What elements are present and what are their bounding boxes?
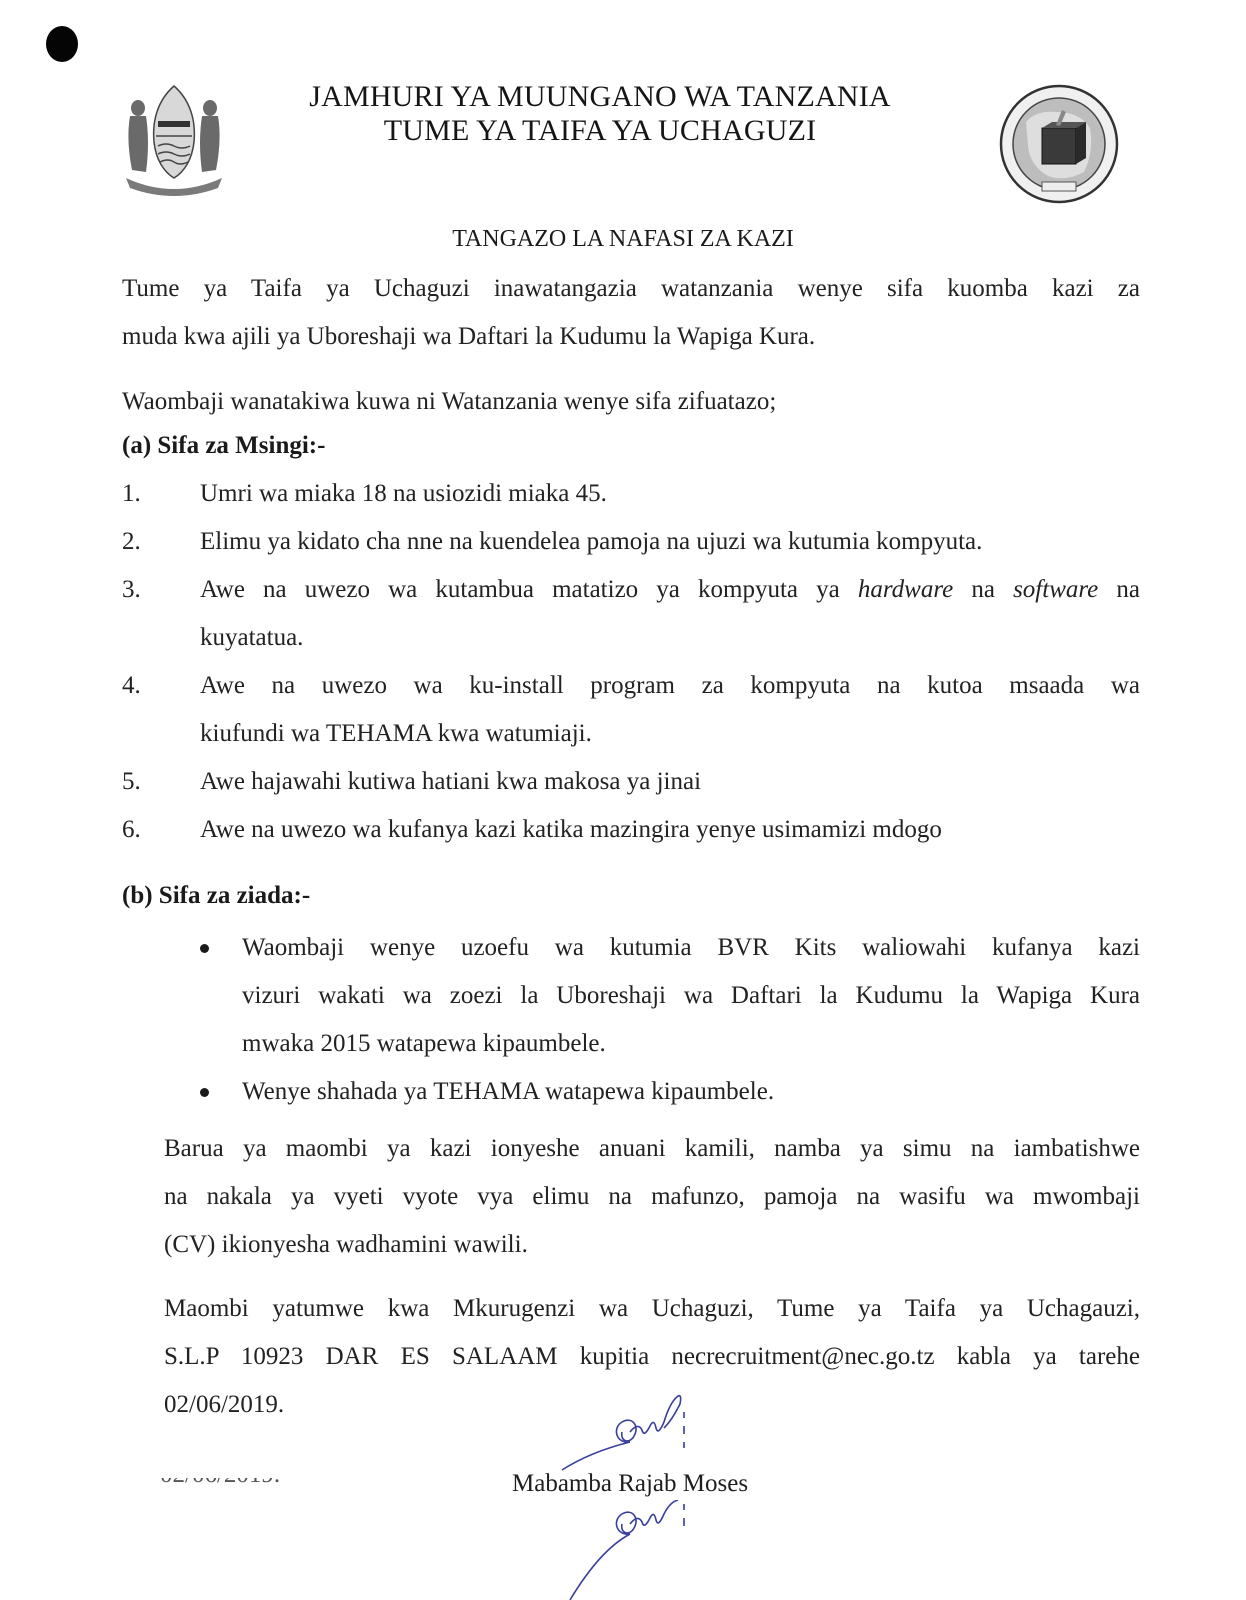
paragraph-line: na nakala ya vyeti vyote vya elimu na ma…: [164, 1173, 1140, 1221]
ghost-date-artifact: 02/06/2019.: [160, 1478, 280, 1494]
list-item: 4. Awe na uwezo wa ku-install program za…: [122, 662, 1140, 758]
tanzania-coat-of-arms-icon: [118, 80, 230, 196]
list-item-number: 6.: [122, 806, 162, 854]
list-item-text: kuyatatua.: [200, 614, 1140, 662]
paragraph-line: Barua ya maombi ya kazi ionyeshe anuani …: [164, 1125, 1140, 1173]
requirements-intro: Waombaji wanatakiwa kuwa ni Watanzania w…: [122, 378, 1140, 426]
list-item: 6. Awe na uwezo wa kufanya kazi katika m…: [122, 806, 1140, 854]
list-item-text: Awe na uwezo wa kutambua matatizo ya kom…: [200, 566, 1140, 614]
list-item: 3. Awe na uwezo wa kutambua matatizo ya …: [122, 566, 1140, 662]
list-item-number: 5.: [122, 758, 162, 806]
paragraph-line: Maombi yatumwe kwa Mkurugenzi wa Uchaguz…: [164, 1285, 1140, 1333]
intro-paragraph: Tume ya Taifa ya Uchaguzi inawatangazia …: [122, 265, 1140, 361]
signature-icon: [560, 1392, 700, 1472]
list-item-text: kiufundi wa TEHAMA kwa watumiaji.: [200, 710, 1140, 758]
paragraph-line: S.L.P 10923 DAR ES SALAAM kupitia necrec…: [164, 1333, 1140, 1381]
bullet-icon: [200, 1088, 209, 1097]
header-commission-name: TUME YA TAIFA YA UCHAGUZI: [240, 114, 960, 148]
document-title: TANGAZO LA NAFASI ZA KAZI: [0, 226, 1246, 253]
punch-hole-mark: [46, 26, 78, 62]
header-country-name: JAMHURI YA MUUNGANO WA TANZANIA: [240, 80, 960, 114]
list-item-number: 1.: [122, 470, 162, 518]
signature-icon: [560, 1500, 700, 1600]
list-item-number: 4.: [122, 662, 162, 710]
list-item: 1. Umri wa miaka 18 na usiozidi miaka 45…: [122, 470, 1140, 518]
list-item: 5. Awe hajawahi kutiwa hatiani kwa makos…: [122, 758, 1140, 806]
bullet-item: Wenye shahada ya TEHAMA watapewa kipaumb…: [200, 1068, 1140, 1116]
intro-line-1: Tume ya Taifa ya Uchaguzi inawatangazia …: [122, 265, 1140, 313]
list-item-text: Umri wa miaka 18 na usiozidi miaka 45.: [200, 470, 1140, 518]
signatory-name: Mabamba Rajab Moses: [512, 1470, 748, 1498]
list-item: 2. Elimu ya kidato cha nne na kuendelea …: [122, 518, 1140, 566]
bullet-text: Waombaji wenye uzoefu wa kutumia BVR Kit…: [242, 924, 1140, 972]
list-item-text: Awe na uwezo wa kufanya kazi katika mazi…: [200, 806, 1140, 854]
list-item-text: Awe hajawahi kutiwa hatiani kwa makosa y…: [200, 758, 1140, 806]
list-item-number: 3.: [122, 566, 162, 614]
bullet-text: vizuri wakati wa zoezi la Uboreshaji wa …: [242, 972, 1140, 1020]
section-a-heading: (a) Sifa za Msingi:-: [122, 432, 325, 460]
bullet-item: Waombaji wenye uzoefu wa kutumia BVR Kit…: [200, 924, 1140, 1068]
bullet-text: Wenye shahada ya TEHAMA watapewa kipaumb…: [242, 1068, 1140, 1116]
application-requirements-paragraph: Barua ya maombi ya kazi ionyeshe anuani …: [164, 1125, 1140, 1269]
paragraph-line: (CV) ikionyesha wadhamini wawili.: [164, 1221, 1140, 1269]
section-b-heading: (b) Sifa za ziada:-: [122, 882, 310, 910]
nec-ballot-box-seal-icon: [996, 82, 1122, 206]
list-item-number: 2.: [122, 518, 162, 566]
bullet-icon: [200, 944, 209, 953]
list-item-text: Awe na uwezo wa ku-install program za ko…: [200, 662, 1140, 710]
list-item-text: Elimu ya kidato cha nne na kuendelea pam…: [200, 518, 1140, 566]
bullet-text: mwaka 2015 watapewa kipaumbele.: [242, 1020, 1140, 1068]
intro-line-2: muda kwa ajili ya Uboreshaji wa Daftari …: [122, 313, 1140, 361]
